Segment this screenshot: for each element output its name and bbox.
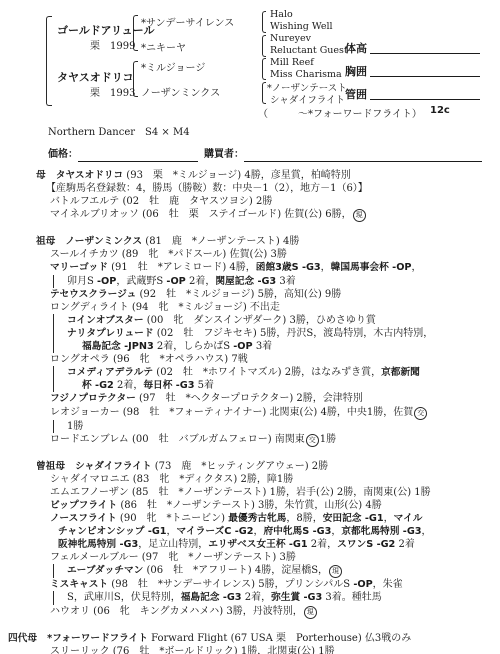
bold-text: エーブダッチマン [67, 565, 143, 576]
pedigree-line: 阪神牝馬特別 -G3，足立山特別，エリザベス女王杯 -G1 2着，スワンS -G… [58, 538, 500, 551]
pedigree-line: 1勝 [53, 420, 500, 433]
status-circle: 現 [304, 606, 317, 619]
text: 【産駒馬名登録数：4，勝馬（勝鞍）数：中央－1（2），地方－1（6）】 [46, 183, 368, 194]
family-section: 祖母 ノーザンミンクス (81 鹿 *ノーザンテースト) 4勝スールイチカツ (… [0, 235, 500, 446]
text [46, 170, 56, 181]
text [55, 236, 65, 247]
sire-name: ゴールドアリュール [57, 22, 154, 38]
pedigree-line: 福島記念 -JPN3 2着，しらかばS -OP 3着 [53, 340, 500, 353]
bold-text: 関屋記念 -G3 [215, 276, 276, 287]
text: ， [321, 262, 331, 273]
ggp-name: Halo [270, 9, 293, 20]
pedigree-line: ナリタプレリュード (02 牡 フジキセキ) 5勝，丹沢S，渡島特別，木古内特別… [53, 327, 500, 340]
girth-field-line [370, 75, 480, 77]
bold-text: マリーゴッド [50, 262, 108, 273]
text: スリーリック (76 牡 *ボールドリック) 1勝，北関東(公) 1勝 [50, 646, 335, 654]
pedigree-line: 【産駒馬名登録数：4，勝馬（勝鞍）数：中央－1（2），地方－1（6）】 [46, 182, 500, 195]
pedigree-line: フェルメールブルー (97 牝 *ノーザンテースト) 3勝 [50, 551, 500, 564]
bold-text: エリザベス女王杯 -G1 [208, 539, 307, 550]
bold-text: -OP [353, 579, 372, 590]
bold-text: 毎日杯 -G3 [143, 380, 194, 391]
pedigree-chart: ゴールドアリュール 栗 1999 タヤスオドリコ 栗 1993 *サンデーサイレ… [0, 0, 500, 120]
text: スールイチカツ (89 牝 *パドスール) 佐賀(公) 3勝 [50, 249, 287, 260]
pedigree-line: スリーリック (76 牡 *ボールドリック) 1勝，北関東(公) 1勝 [50, 645, 500, 654]
pedigree-line: エーブダッチマン (06 牡 *アフリート) 4勝，淀屋橋S，現 [53, 564, 500, 578]
bold-text: 杯 -G2 [82, 380, 114, 391]
pedigree-line: チャンピオンシップ -G1，マイラーズC -G2，府中牝馬S -G3，京都牝馬特… [58, 525, 500, 538]
bold-text: チャンピオンシップ -G1 [58, 526, 167, 537]
text: (86 牡 *ノーザンテースト) 3勝，朱竹賞，山形(公) 4勝 [117, 500, 382, 511]
bold-text: コメディアデラルテ [67, 367, 153, 378]
pedigree-line: 四代母 *フォーワードフライト Forward Flight (67 USA 栗… [8, 632, 500, 645]
pedigree-line: レオジョーカー (98 牡 *フォーティナイナー) 北関東(公) 4勝，中央1勝… [50, 406, 500, 420]
text: ， [412, 262, 422, 273]
text: フェルメールブルー (97 牝 *ノーザンテースト) 3勝 [50, 552, 296, 563]
bold-text: コインオブスター [67, 315, 144, 326]
text: (90 牝 *トニービン) [117, 513, 229, 524]
bold-text: 京都牝馬特別 -G3 [341, 526, 421, 537]
text: (73 鹿 *ヒッティングアウェー) 2勝 [152, 461, 329, 472]
pedigree-line: 母 タヤスオドリコ (93 栗 *ミルジョージ) 4勝，彦星賞，柏崎特別 [36, 169, 500, 182]
pedigree-line: ミスキャスト (98 牡 *サンデーサイレンス) 5勝，プリンシパルS -OP，… [50, 578, 500, 591]
cannon-label: 管囲 [345, 86, 367, 102]
bold-text: 最優秀古牝馬 [228, 513, 286, 524]
ggp-name: Reluctant Guest [270, 45, 348, 56]
text: 卯月S [67, 276, 97, 287]
text: 5着 [194, 380, 214, 391]
text: 3着 [276, 276, 296, 287]
dam-dam-name: ノーザンミンクス [141, 84, 220, 99]
buyer-field-line [244, 149, 482, 162]
bold-text: フジノプロテクター [50, 393, 136, 404]
text: (81 鹿 *ノーザンテースト) 4勝 [142, 236, 299, 247]
text: 2着， [186, 276, 216, 287]
family-line-open: （ [258, 105, 268, 120]
pedigree-line: 祖母 ノーザンミンクス (81 鹿 *ノーザンテースト) 4勝 [36, 235, 500, 248]
bold-text: -OP [233, 341, 252, 352]
buyer-label: 購買者： [204, 148, 244, 162]
text: 2着， [114, 380, 144, 391]
dam-sire-name: *ミルジョージ [141, 59, 205, 74]
bold-text: ナリタプレリュード [67, 328, 154, 339]
text: ， [254, 526, 264, 537]
ggp-name: Mill Reef [270, 57, 314, 68]
bold-text: 京都新聞 [381, 367, 420, 378]
pedigree-line: バトルフエルテ (02 牡 鹿 タヤスツヨシ) 2勝 [50, 195, 500, 208]
text [37, 633, 47, 644]
bold-text: ノースフライト [50, 513, 117, 524]
bold-text: ビップフライト [50, 500, 117, 511]
pedigree-line: ロングディライト (94 牝 *ミルジョージ) 不出走 [50, 301, 500, 314]
text: 2着，しらかばS [154, 341, 234, 352]
girth-label: 胸囲 [345, 63, 367, 79]
bold-text: 函館3歳S -G3 [256, 262, 321, 273]
pedigree-catalog-page: ゴールドアリュール 栗 1999 タヤスオドリコ 栗 1993 *サンデーサイレ… [0, 0, 500, 654]
bold-text: 母 [36, 170, 46, 181]
pedigree-line: マイネルブリオッソ (06 牡 栗 ステイゴールド) 佐賀(公) 6勝，現 [50, 208, 500, 222]
bold-text: *フォーワードフライト [47, 633, 148, 644]
text: (97 牡 *ヘクタープロテクター) 2勝，会津特別 [136, 393, 363, 404]
text: 1勝 [67, 421, 83, 432]
text: (93 栗 *ミルジョージ) 4勝，彦星賞，柏崎特別 [123, 170, 351, 181]
text: マイネルブリオッソ (06 牡 栗 ステイゴールド) 佐賀(公) 6勝， [50, 209, 352, 220]
pedigree-line: テセウスクラージュ (92 牡 *ミルジョージ) 5勝，高知(公) 9勝 [50, 288, 500, 301]
bold-text: タヤスオドリコ [56, 170, 123, 181]
ggp-name: Wishing Well [270, 21, 333, 32]
text: エムエフノーザン (85 牡 *ノーザンテースト) 1勝，岩手(公) 2勝，南関… [50, 487, 431, 498]
text: 3着 [253, 341, 273, 352]
text: ロングオペラ (96 牝 *オペラハウス) 7戦 [50, 354, 248, 365]
text: ，足立山特別， [138, 539, 208, 550]
price-label: 価格： [48, 148, 78, 162]
ggp-name: シャダイフライト [270, 92, 345, 106]
pedigree-line: 卯月S -OP，武蔵野S -OP 2着，関屋記念 -G3 3着 [53, 275, 500, 288]
pedigree-line: 杯 -G2 2着，毎日杯 -G3 5着 [53, 379, 500, 392]
pedigree-line: コメディアデラルテ (02 牡 *ホワイトマズル) 2勝，はなみずき賞，京都新聞 [53, 366, 500, 379]
height-label: 体高 [345, 40, 367, 56]
sale-row: 価格： 購買者： [48, 148, 500, 162]
pedigree-line: ビップフライト (86 牡 *ノーザンテースト) 3勝，朱竹賞，山形(公) 4勝 [50, 499, 500, 512]
status-circle: 交 [306, 434, 319, 447]
family-section: 母 タヤスオドリコ (93 栗 *ミルジョージ) 4勝，彦星賞，柏崎特別【産駒馬… [0, 169, 500, 222]
ggp-name: Nureyev [270, 33, 311, 44]
female-family-list: 母 タヤスオドリコ (93 栗 *ミルジョージ) 4勝，彦星賞，柏崎特別【産駒馬… [0, 169, 500, 654]
text: S，武庫川S，伏見特別， [67, 592, 181, 603]
text: 1勝 [320, 434, 336, 445]
family-section: 曾祖母 シャダイフライト (73 鹿 *ヒッティングアウェー) 2勝シャダイマロ… [0, 460, 500, 619]
pedigree-bracket-ss [262, 11, 266, 33]
ggp-name: Miss Charisma [270, 69, 342, 80]
text: 3着。種牡馬 [322, 592, 382, 603]
pedigree-line: 曾祖母 シャダイフライト (73 鹿 *ヒッティングアウェー) 2勝 [36, 460, 500, 473]
height-field-line [370, 52, 480, 54]
bold-text: ミスキャスト [50, 579, 108, 590]
text: 2着 [395, 539, 415, 550]
family-section: 四代母 *フォーワードフライト Forward Flight (67 USA 栗… [0, 632, 500, 654]
text: (92 牡 *ミルジョージ) 5勝，高知(公) 9勝 [136, 289, 341, 300]
bold-text: スワンS -G2 [337, 539, 395, 550]
text: 2着， [308, 539, 338, 550]
text: (02 牡 フジキセキ) 5勝，丹沢S，渡島特別，木古内特別， [154, 328, 434, 339]
bold-text: -OP [97, 276, 116, 287]
status-circle: 現 [329, 565, 342, 578]
bold-text: 福島記念 -G3 [181, 592, 242, 603]
bold-text: 府中牝馬S -G3 [264, 526, 332, 537]
pedigree-bracket-main [46, 16, 52, 106]
sire-sire-name: *サンデーサイレンス [141, 14, 234, 29]
pedigree-line: ノースフライト (90 牝 *トニービン) 最優秀古牝馬，8勝，安田記念 -G1… [50, 512, 500, 525]
pedigree-line: S，武庫川S，伏見特別，福島記念 -G3 2着，弥生賞 -G3 3着。種牡馬 [53, 591, 500, 604]
text [65, 461, 75, 472]
cannon-field-line [370, 98, 480, 100]
text: ， [384, 513, 394, 524]
bold-text: 韓国馬事会杯 -OP [331, 262, 412, 273]
bold-text: 阪神牝馬特別 -G3 [58, 539, 138, 550]
family-line-text: ～*フォーワードフライト） [298, 105, 422, 120]
text: (91 牡 *アレミロード) 4勝， [108, 262, 256, 273]
text: ， [422, 526, 432, 537]
text: ロングディライト (94 牝 *ミルジョージ) 不出走 [50, 302, 280, 313]
pedigree-line: シャダイマロニエ (83 牝 *ディクタス) 2勝，障1勝 [50, 473, 500, 486]
bold-text: 祖母 [36, 236, 55, 247]
pedigree-line: エムエフノーザン (85 牡 *ノーザンテースト) 1勝，岩手(公) 2勝，南関… [50, 486, 500, 499]
bold-text: ノーザンミンクス [65, 236, 142, 247]
sire-coat-year: 栗 1999 [90, 37, 135, 52]
text: ，朱雀 [373, 579, 403, 590]
bold-text: テセウスクラージュ [50, 289, 136, 300]
text: ロードエンブレム (00 牡 バブルガムフェロー) 南関東 [50, 434, 305, 445]
text: バトルフエルテ (02 牡 鹿 タヤスツヨシ) 2勝 [50, 196, 272, 207]
bold-text: 弥生賞 -G3 [271, 592, 322, 603]
pedigree-line: コインオブスター (00 牝 ダンスインザダーク) 3勝，ひめさゆり賞 [53, 314, 500, 327]
dam-name: タヤスオドリコ [57, 69, 134, 85]
bold-text: 安田記念 -G1 [323, 513, 384, 524]
pedigree-bracket-ds [262, 58, 266, 80]
text: (06 牡 *アフリート) 4勝，淀屋橋S， [143, 565, 328, 576]
bold-text: 四代母 [8, 633, 37, 644]
pedigree-line: ハウオリ (06 牝 キングカメハメハ) 3勝，丹波特別，現 [50, 605, 500, 619]
text: ， [167, 526, 177, 537]
pedigree-bracket-dd [262, 82, 266, 104]
pedigree-line: スールイチカツ (89 牝 *パドスール) 佐賀(公) 3勝 [50, 248, 500, 261]
inbreeding-note: Northern Dancer S4 × M4 [48, 126, 500, 139]
dam-coat-year: 栗 1993 [90, 84, 135, 99]
pedigree-bracket-sd [262, 35, 266, 57]
status-circle: 現 [353, 209, 366, 222]
text: (00 牝 ダンスインザダーク) 3勝，ひめさゆり賞 [144, 315, 376, 326]
bold-text: シャダイフライト [75, 461, 152, 472]
family-number: 12c [430, 105, 450, 116]
bold-text: 福島記念 -JPN3 [82, 341, 154, 352]
text: ，武蔵野S [116, 276, 166, 287]
text: ， [331, 526, 341, 537]
text: ハウオリ (06 牝 キングカメハメハ) 3勝，丹波特別， [50, 606, 303, 617]
status-circle: 交 [414, 407, 427, 420]
text: (02 牡 *ホワイトマズル) 2勝，はなみずき賞， [153, 367, 381, 378]
bold-text: マイル [394, 513, 423, 524]
bold-text: 曾祖母 [36, 461, 65, 472]
sire-dam-name: *ニキーヤ [141, 39, 186, 54]
bold-text: -OP [166, 276, 185, 287]
text: ，8勝， [286, 513, 322, 524]
text: Forward Flight (67 USA 栗 Porterhouse) 仏3… [148, 633, 411, 644]
bold-text: マイラーズC -G2 [177, 526, 254, 537]
pedigree-line: マリーゴッド (91 牡 *アレミロード) 4勝，函館3歳S -G3，韓国馬事会… [50, 261, 500, 274]
pedigree-line: フジノプロテクター (97 牡 *ヘクタープロテクター) 2勝，会津特別 [50, 392, 500, 405]
text: 2着， [242, 592, 272, 603]
text: シャダイマロニエ (83 牝 *ディクタス) 2勝，障1勝 [50, 474, 293, 485]
price-field-line [78, 149, 198, 162]
pedigree-line: ロングオペラ (96 牝 *オペラハウス) 7戦 [50, 353, 500, 366]
text: (98 牡 *サンデーサイレンス) 5勝，プリンシパルS [108, 579, 353, 590]
pedigree-line: ロードエンブレム (00 牡 バブルガムフェロー) 南関東交1勝 [50, 433, 500, 447]
text: レオジョーカー (98 牡 *フォーティナイナー) 北関東(公) 4勝，中央1勝… [50, 407, 413, 418]
